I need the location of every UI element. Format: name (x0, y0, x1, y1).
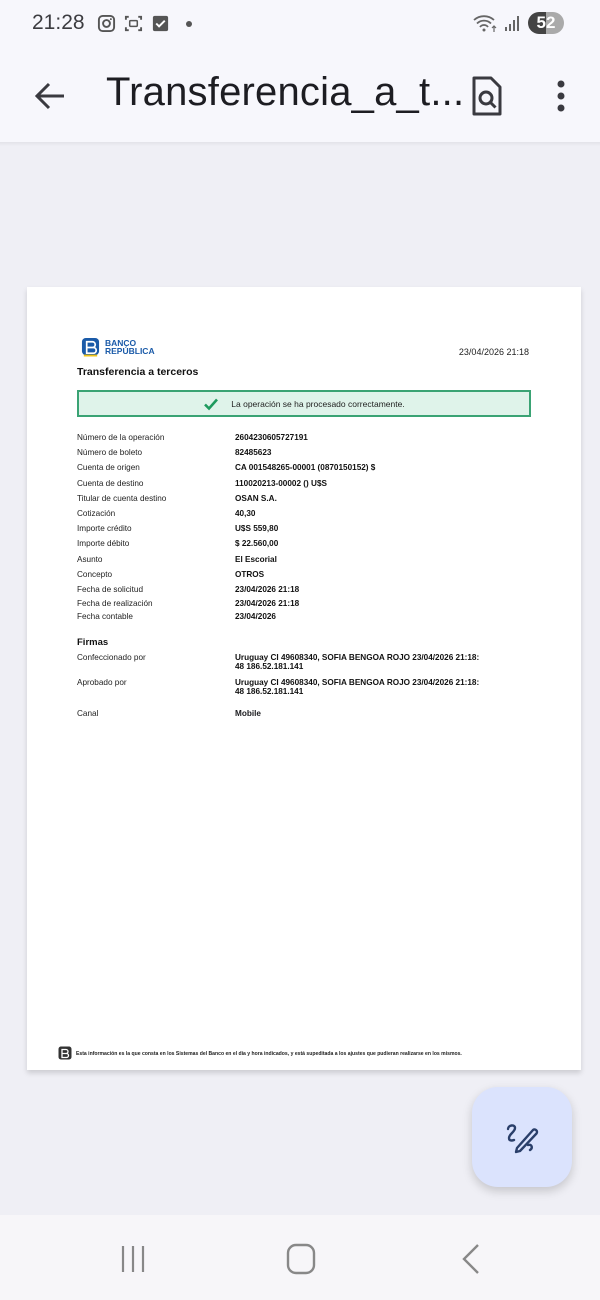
draw-signature-icon (504, 1119, 540, 1155)
document-date: 23/04/2026 21:18 (459, 347, 529, 357)
signature-label: Aprobado por (77, 678, 235, 696)
system-nav-bar (0, 1215, 600, 1300)
detail-value: El Escorial (235, 555, 537, 565)
signature-row: Confeccionado por Uruguay CI 49608340, S… (77, 653, 537, 671)
success-message: La operación se ha procesado correctamen… (231, 399, 404, 409)
detail-value: 23/04/2026 21:18 (235, 585, 537, 595)
detail-label: Número de la operación (77, 433, 235, 442)
detail-value: 40,30 (235, 509, 537, 519)
document-footer: Esta información es la que consta en los… (58, 1046, 462, 1061)
detail-row: Número de la operación2604230605727191 (77, 433, 537, 448)
detail-label: Fecha contable (77, 612, 235, 621)
detail-label: Cotización (77, 509, 235, 518)
instagram-icon (97, 14, 116, 33)
detail-row: Importe débito$ 22.560,00 (77, 539, 537, 554)
canal-row: Canal Mobile (77, 709, 261, 718)
bank-mark-icon (58, 1046, 72, 1061)
checkmark-icon (203, 396, 219, 412)
firmas-heading: Firmas (77, 637, 108, 648)
recents-icon[interactable] (114, 1243, 154, 1275)
signature-row: Aprobado por Uruguay CI 49608340, SOFIA … (77, 678, 537, 696)
detail-row: Fecha contable23/04/2026 (77, 612, 537, 627)
document-search-icon[interactable] (466, 74, 506, 118)
transfer-title: Transferencia a terceros (77, 366, 198, 378)
battery-indicator: 52 (528, 12, 564, 34)
detail-label: Asunto (77, 555, 235, 564)
signatures: Confeccionado por Uruguay CI 49608340, S… (77, 653, 537, 703)
status-time: 21:28 (32, 11, 85, 35)
signature-value: Uruguay CI 49608340, SOFIA BENGOA ROJO 2… (235, 653, 537, 671)
detail-row: Número de boleto82485623 (77, 448, 537, 463)
detail-label: Cuenta de origen (77, 463, 235, 472)
status-bar: 21:28 52 (0, 0, 600, 48)
success-banner: La operación se ha procesado correctamen… (77, 390, 531, 417)
signature-line2: 48 186.52.181.141 (235, 662, 303, 671)
back-chevron-icon[interactable] (450, 1243, 490, 1275)
detail-value: OSAN S.A. (235, 494, 537, 504)
app-bar: Transferencia_a_t... (0, 48, 600, 142)
footer-disclaimer: Esta información es la que consta en los… (76, 1051, 462, 1057)
more-vertical-icon[interactable] (546, 74, 576, 118)
detail-row: ConceptoOTROS (77, 570, 537, 585)
detail-row: Cuenta de origenCA 001548265-00001 (0870… (77, 463, 537, 478)
detail-label: Titular de cuenta destino (77, 494, 235, 503)
detail-value: 23/04/2026 21:18 (235, 599, 537, 609)
detail-row: Cuenta de destino110020213-00002 () U$S (77, 479, 537, 494)
checkbox-icon (151, 14, 170, 33)
detail-value: 2604230605727191 (235, 433, 537, 443)
signal-icon (504, 13, 522, 33)
detail-row: Fecha de solicitud23/04/2026 21:18 (77, 585, 537, 599)
detail-label: Número de boleto (77, 448, 235, 457)
canal-label: Canal (77, 709, 235, 718)
detail-value: U$S 559,80 (235, 524, 537, 534)
detail-value: $ 22.560,00 (235, 539, 537, 549)
bank-name-line2: REPÚBLICA (105, 347, 155, 355)
detail-row: Importe créditoU$S 559,80 (77, 524, 537, 539)
detail-row: Titular de cuenta destinoOSAN S.A. (77, 494, 537, 509)
signature-line2: 48 186.52.181.141 (235, 687, 303, 696)
detail-label: Cuenta de destino (77, 479, 235, 488)
bank-logo: BANCO REPÚBLICA (81, 337, 155, 357)
app-bar-divider (0, 142, 600, 146)
detail-value: CA 001548265-00001 (0870150152) $ (235, 463, 537, 473)
dot-icon (186, 21, 192, 27)
detail-label: Concepto (77, 570, 235, 579)
notification-icons (97, 14, 192, 33)
document-title: Transferencia_a_t... (106, 70, 464, 115)
detail-label: Fecha de realización (77, 599, 235, 608)
home-icon[interactable] (282, 1243, 322, 1275)
sign-document-button[interactable] (472, 1087, 572, 1187)
banco-republica-logo-icon (81, 337, 100, 357)
detail-row: AsuntoEl Escorial (77, 555, 537, 570)
screenshot-icon (124, 14, 143, 33)
canal-value: Mobile (235, 709, 261, 718)
detail-label: Importe crédito (77, 524, 235, 533)
signature-line1: Uruguay CI 49608340, SOFIA BENGOA ROJO 2… (235, 653, 479, 662)
detail-label: Fecha de solicitud (77, 585, 235, 594)
arrow-left-icon[interactable] (30, 76, 70, 116)
detail-row: Fecha de realización23/04/2026 21:18 (77, 599, 537, 613)
signature-label: Confeccionado por (77, 653, 235, 671)
detail-value: OTROS (235, 570, 537, 580)
detail-value: 82485623 (235, 448, 537, 458)
system-icons: 52 (472, 12, 564, 34)
detail-label: Importe débito (77, 539, 235, 548)
detail-value: 110020213-00002 () U$S (235, 479, 537, 489)
detail-value: 23/04/2026 (235, 612, 537, 622)
wifi-icon (472, 13, 498, 33)
detail-row: Cotización40,30 (77, 509, 537, 524)
transfer-details: Número de la operación2604230605727191 N… (77, 433, 537, 628)
pdf-page[interactable]: BANCO REPÚBLICA 23/04/2026 21:18 Transfe… (27, 287, 581, 1070)
signature-value: Uruguay CI 49608340, SOFIA BENGOA ROJO 2… (235, 678, 537, 696)
signature-line1: Uruguay CI 49608340, SOFIA BENGOA ROJO 2… (235, 678, 479, 687)
